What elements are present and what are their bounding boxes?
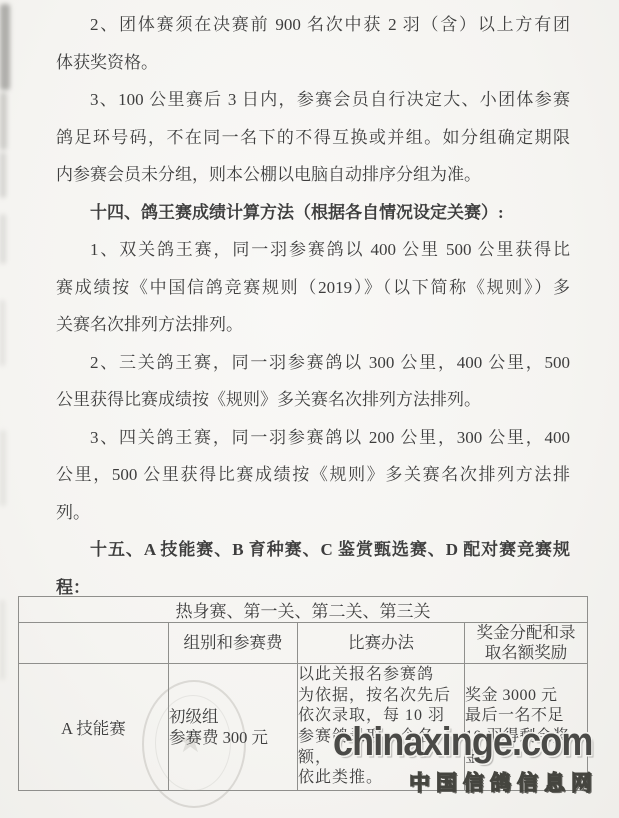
scan-smudge	[0, 4, 10, 90]
text-line: 赛成绩按《中国信鸽竞赛规则（2019）》（以下简称《规则》）多	[56, 269, 570, 307]
paragraph: 3、四关鸽王赛，同一羽参赛鸽以 200 公里，300 公里，400公里，500 …	[56, 419, 570, 532]
table-header-method: 比赛办法	[298, 623, 465, 664]
paragraph: 十四、鸽王赛成绩计算方法（根据各自情况设定关赛）:	[56, 194, 570, 232]
text-line: 关赛名次排列方法排列。	[56, 306, 570, 344]
document-body: 2、团体赛须在决赛前 900 名次中获 2 羽（含）以上方有团体获奖资格。3、1…	[56, 6, 570, 606]
watermark-domain-text: chinaxinge.com	[333, 720, 592, 765]
scan-smudge	[0, 214, 6, 264]
watermark: chinaxinge.com 中国信鸽信息网	[333, 720, 619, 797]
text-line: 列。	[56, 494, 570, 532]
text-line: 3、100 公里赛后 3 日内，参赛会员自行决定大、小团体参赛	[56, 81, 570, 119]
paragraph: 2、三关鸽王赛，同一羽参赛鸽以 300 公里，400 公里，500公里获得比赛成…	[56, 344, 570, 419]
text-line: 鸽足环号码，不在同一名下的不得互换或并组。如分组确定期限	[56, 119, 570, 157]
table-cell-group-fee: 初级组 参赛费 300 元	[169, 664, 298, 791]
text-line: 1、双关鸽王赛，同一羽参赛鸽以 400 公里 500 公里获得比	[56, 231, 570, 269]
table-header-empty	[19, 623, 169, 664]
text-line: 公里获得比赛成绩按《规则》多关赛名次排列方法排列。	[56, 381, 570, 419]
table-span-header: 热身赛、第一关、第二关、第三关	[19, 597, 588, 623]
paragraph: 1、双关鸽王赛，同一羽参赛鸽以 400 公里 500 公里获得比赛成绩按《中国信…	[56, 231, 570, 344]
text-line: 体获奖资格。	[56, 44, 570, 82]
text-line: 十四、鸽王赛成绩计算方法（根据各自情况设定关赛）:	[56, 194, 570, 232]
table-cell-event-name: A 技能赛	[19, 664, 169, 791]
scan-smudge	[0, 152, 6, 198]
text-line: 内参赛会员未分组，则本公棚以电脑自动排序分组为准。	[56, 156, 570, 194]
text-line: 十五、A 技能赛、B 育种赛、C 鉴赏甄选赛、D 配对赛竞赛规	[56, 531, 570, 569]
text-line: 公里，500 公里获得比赛成绩按《规则》多关赛名次排列方法排	[56, 456, 570, 494]
scan-smudge	[0, 92, 7, 150]
paragraph: 2、团体赛须在决赛前 900 名次中获 2 羽（含）以上方有团体获奖资格。	[56, 6, 570, 81]
table-header-group-fee: 组别和参赛费	[169, 623, 298, 664]
scan-smudge	[0, 600, 5, 680]
table-header-prize: 奖金分配和录 取名额奖励	[465, 623, 588, 664]
text-line: 2、团体赛须在决赛前 900 名次中获 2 羽（含）以上方有团	[56, 6, 570, 44]
text-line: 2、三关鸽王赛，同一羽参赛鸽以 300 公里，400 公里，500	[56, 344, 570, 382]
scanned-document-page: ★ 2、团体赛须在决赛前 900 名次中获 2 羽（含）以上方有团体获奖资格。3…	[0, 0, 619, 818]
watermark-site-name: 中国信鸽信息网	[409, 767, 619, 797]
text-line: 3、四关鸽王赛，同一羽参赛鸽以 200 公里，300 公里，400	[56, 419, 570, 457]
scan-smudge	[0, 430, 6, 506]
paragraph: 3、100 公里赛后 3 日内，参赛会员自行决定大、小团体参赛鸽足环号码，不在同…	[56, 81, 570, 194]
scan-smudge	[0, 300, 5, 366]
paragraph: 十五、A 技能赛、B 育种赛、C 鉴赏甄选赛、D 配对赛竞赛规程：	[56, 531, 570, 606]
